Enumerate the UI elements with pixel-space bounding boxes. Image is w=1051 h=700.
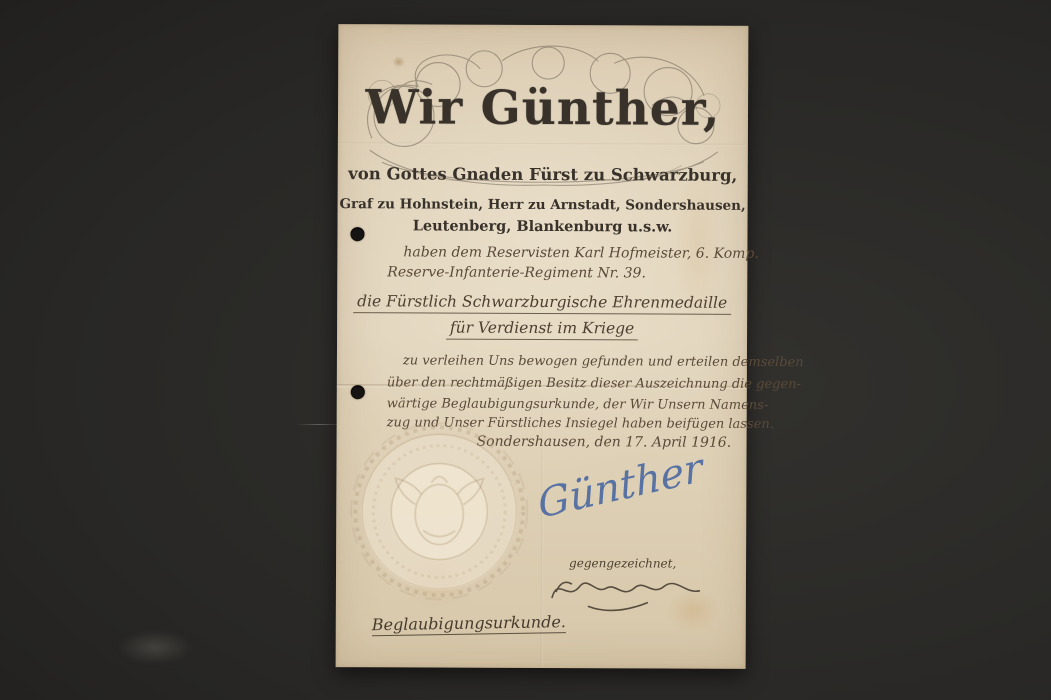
subtitle-line: Leutenberg, Blankenburg u.s.w.: [337, 217, 747, 236]
document-type-label: Beglaubigungsurkunde.: [372, 612, 566, 636]
punch-hole: [351, 385, 365, 399]
subtitle-line: von Gottes Gnaden Fürst zu Schwarzburg,: [338, 164, 748, 185]
award-line-wrap: für Verdienst im Kriege: [337, 317, 747, 341]
countersignature: [544, 568, 708, 621]
subtitle-line: Graf zu Hohnstein, Herr zu Arnstadt, Son…: [338, 196, 748, 214]
recipient-line: haben dem Reservisten Karl Hofmeister, 6…: [403, 244, 759, 262]
document-paper: Wir Günther, von Gottes Gnaden Fürst zu …: [336, 24, 749, 669]
award-name: die Fürstlich Schwarzburgische Ehrenmeda…: [353, 292, 731, 315]
photo-background: Wir Günther, von Gottes Gnaden Fürst zu …: [0, 0, 1051, 700]
body-line: wärtige Beglaubigungsurkunde, der Wir Un…: [387, 396, 769, 413]
document-type-label-wrap: Beglaubigungsurkunde.: [372, 612, 566, 636]
document-title: Wir Günther,: [338, 80, 748, 137]
body-line: zu verleihen Uns bewogen gefunden und er…: [403, 353, 804, 370]
body-line: über den rechtmäßigen Besitz dieser Ausz…: [387, 375, 801, 392]
background-scratch: [296, 424, 342, 425]
signature-guenther: Günther: [536, 445, 705, 528]
embossed-seal: [348, 420, 531, 603]
background-smudge: [105, 625, 205, 670]
award-name: für Verdienst im Kriege: [446, 319, 638, 341]
award-line-wrap: die Fürstlich Schwarzburgische Ehrenmeda…: [337, 291, 747, 315]
recipient-line: Reserve-Infanterie-Regiment Nr. 39.: [387, 264, 646, 281]
